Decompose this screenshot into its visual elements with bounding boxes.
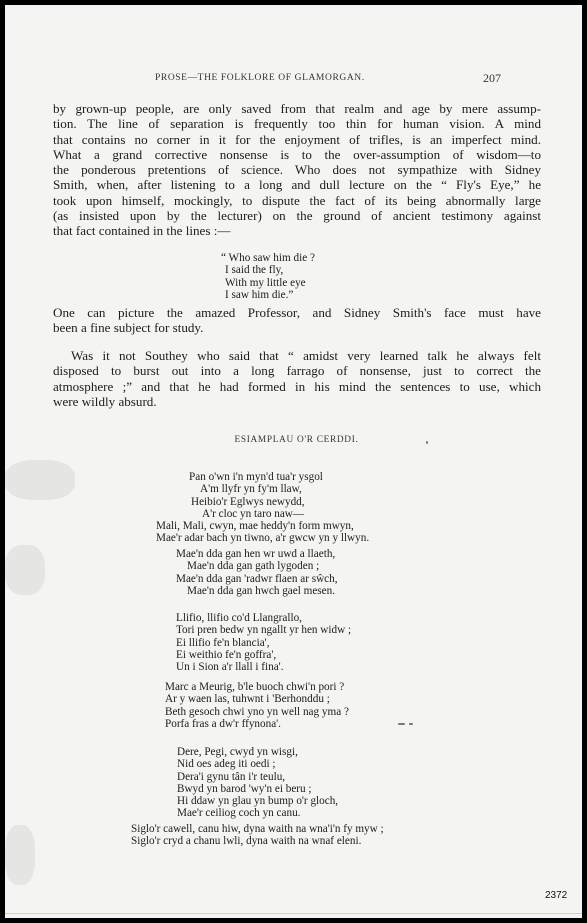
verse-line: Ar y waen las, tuhwnt i 'Berhonddu ;: [165, 693, 349, 705]
text-line: atmosphere ;” and that he had formed in …: [53, 379, 541, 394]
text-line: (as insisted upon by the lecturer) on th…: [53, 208, 541, 223]
text-line: that contains no corner in it for the en…: [53, 132, 541, 147]
verse-line: Nid oes adeg iti oedi ;: [177, 758, 338, 770]
poem-stanza-6: Siglo'r cawell, canu hiw, dyna waith na …: [131, 823, 384, 848]
verse-line: Siglo'r cawell, canu hiw, dyna waith na …: [131, 823, 384, 835]
text-line: the ponderous pretentions of science. Wh…: [53, 162, 541, 177]
paragraph-2: One can picture the amazed Professor, an…: [53, 305, 541, 336]
verse-line: A'r cloc yn taro naw—: [189, 508, 369, 520]
verse-line: Un i Sion a'r llall i fina'.: [176, 661, 351, 673]
quoted-verse: “ Who saw him die ? I said the fly, With…: [221, 252, 315, 302]
verse-line: Ei weithio fe'n goffra',: [176, 649, 351, 661]
ink-speck: [398, 723, 405, 725]
verse-line: Mali, Mali, cwyn, mae heddy'n form mwyn,: [156, 520, 369, 532]
verse-line: A'm llyfr yn fy'm llaw,: [189, 483, 369, 495]
poem-stanza-2: Mae'n dda gan hen wr uwd a llaeth, Mae'n…: [176, 548, 338, 597]
verse-line: Siglo'r cryd a chanu lwli, dyna waith na…: [131, 835, 384, 847]
verse-line: Mae'r adar bach yn tiwno, a'r gwcw yn y …: [156, 532, 369, 544]
text-line: Smith, when, after listening to a long a…: [53, 177, 541, 192]
poem-stanza-3: Llifio, llifio co'd Llangrallo, Tori pre…: [176, 612, 351, 673]
text-line: took upon himself, mockingly, to dispute…: [53, 193, 541, 208]
verse-line: Heibio'r Eglwys newydd,: [189, 496, 369, 508]
poem-stanza-4: Marc a Meurig, b'le buoch chwi'n pori ? …: [165, 681, 349, 730]
scan-smudge: [5, 460, 75, 500]
verse-line: Bwyd yn barod 'wy'n ei beru ;: [177, 783, 338, 795]
ink-speck: [426, 441, 428, 444]
text-line: were wildly absurd.: [53, 394, 541, 409]
scan-smudge: [5, 825, 35, 885]
page-number: 207: [483, 71, 501, 86]
text-line: tion. The line of separation is frequent…: [53, 116, 541, 131]
verse-line: Mae'r ceiliog coch yn canu.: [177, 807, 338, 819]
catalog-number: 2372: [545, 890, 567, 901]
verse-line: Beth gesoch chwi yno yn well nag yma ?: [165, 706, 349, 718]
section-title: ESIAMPLAU O'R CERDDI.: [5, 435, 582, 445]
text-line: by grown-up people, are only saved from …: [53, 101, 541, 116]
paragraph-3: Was it not Southey who said that “ amids…: [53, 348, 541, 409]
verse-line: Hi ddaw yn glau yn bump o'r gloch,: [177, 795, 338, 807]
text-line: Was it not Southey who said that “ amids…: [53, 348, 541, 363]
scan-smudge: [5, 545, 45, 595]
verse-line: With my little eye: [221, 277, 315, 289]
verse-line: Mae'n dda gan hen wr uwd a llaeth,: [176, 548, 338, 560]
poem-stanza-1: Pan o'wn i'n myn'd tua'r ysgol A'm llyfr…: [189, 471, 369, 545]
text-line: been a fine subject for study.: [53, 320, 541, 335]
ink-speck: [409, 723, 413, 725]
verse-line: I said the fly,: [221, 264, 315, 276]
verse-line: Tori pren bedw yn ngallt yr hen widw ;: [176, 624, 351, 636]
text-line: disposed to burst out into a long farrag…: [53, 363, 541, 378]
verse-line: Pan o'wn i'n myn'd tua'r ysgol: [189, 471, 369, 483]
scanned-page: PROSE—THE FOLKLORE OF GLAMORGAN. 207 by …: [5, 5, 582, 918]
verse-line: I saw him die.”: [221, 289, 315, 301]
running-head: PROSE—THE FOLKLORE OF GLAMORGAN.: [155, 73, 365, 83]
verse-line: Porfa fras a dw'r ffynona'.: [165, 718, 349, 730]
paragraph-1: by grown-up people, are only saved from …: [53, 101, 541, 239]
verse-line: Llifio, llifio co'd Llangrallo,: [176, 612, 351, 624]
verse-line: Mae'n dda gan 'radwr flaen ar sŵch,: [176, 573, 338, 585]
text-line: What a grand corrective nonsense is to t…: [53, 147, 541, 162]
verse-line: “ Who saw him die ?: [221, 252, 315, 264]
poem-stanza-5: Dere, Pegi, cwyd yn wisgi, Nid oes adeg …: [177, 746, 338, 820]
verse-line: Mae'n dda gan gath lygoden ;: [176, 560, 338, 572]
verse-line: Mae'n dda gan hwch gael mesen.: [176, 585, 338, 597]
text-line: that fact contained in the lines :—: [53, 223, 541, 238]
verse-line: Dere, Pegi, cwyd yn wisgi,: [177, 746, 338, 758]
verse-line: Marc a Meurig, b'le buoch chwi'n pori ?: [165, 681, 349, 693]
verse-line: Ei llifio fe'n blancia',: [176, 637, 351, 649]
verse-line: Dera'i gynu tân i'r teulu,: [177, 771, 338, 783]
text-line: One can picture the amazed Professor, an…: [53, 305, 541, 320]
scan-edge: [5, 913, 582, 914]
